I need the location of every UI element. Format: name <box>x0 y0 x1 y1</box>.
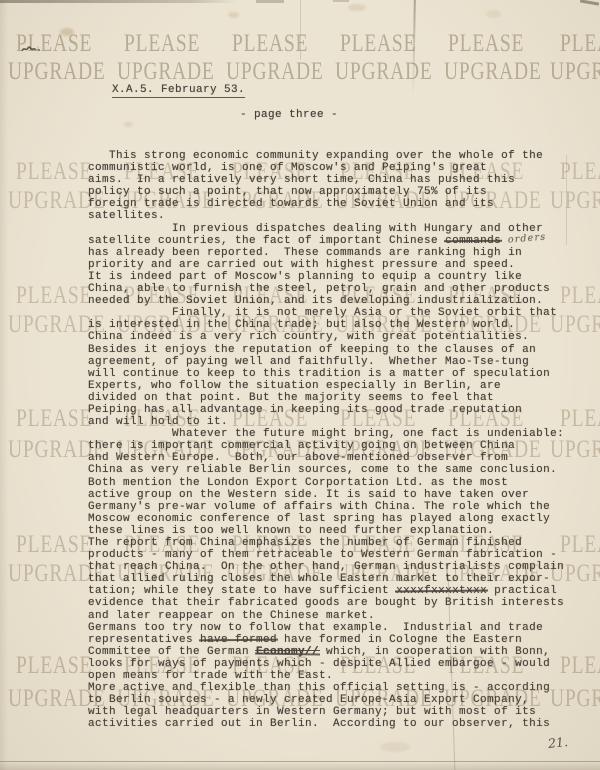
paragraph-5: Germans too try now to follow that examp… <box>88 622 588 682</box>
paragraph-5-line-1: Germans too try now to follow that examp… <box>88 622 588 634</box>
watermark-word: PLEASE <box>340 30 416 58</box>
handwritten-correction: orders <box>507 231 547 246</box>
watermark-word: PLEASE <box>16 531 92 559</box>
paragraph-5-rest: looks for ways of payments which - despi… <box>88 658 588 682</box>
paragraph-4-part-a: Whatever the future might bring, one fac… <box>88 428 588 585</box>
strikethrough-word: xxxxfxxxxtxxx <box>396 585 487 597</box>
line-text: satellite countries, the fact of importa… <box>88 235 445 247</box>
paragraph-5-line-2: representatives have formed have formed … <box>88 634 588 646</box>
watermark-word: PLEASE <box>124 30 200 58</box>
paragraph-2-rest: has already been reported. These command… <box>88 247 588 307</box>
watermark-word: PLEASE <box>16 405 92 433</box>
paragraph-4: Whatever the future might bring, one fac… <box>88 428 588 622</box>
watermark-word: UPGRADE <box>550 58 600 86</box>
document-body: This strong economic community expanding… <box>88 150 588 731</box>
handwritten-page-number: 21. <box>547 734 568 751</box>
watermark-word: PLEASE <box>16 282 92 310</box>
paragraph-4-part-b: evidence that their fabricated goods are… <box>88 597 588 621</box>
paragraph-1: This strong economic community expanding… <box>88 150 588 223</box>
watermark-word: UPGRADE <box>117 58 215 86</box>
watermark-word: PLEASE <box>560 30 600 58</box>
line-text: tation; while they state to have suffici… <box>88 585 396 597</box>
strikethrough-word: have formed <box>200 634 277 646</box>
paragraph-3: Finally, it is not merely Asia or the So… <box>88 307 588 428</box>
document-reference: X.A.5. February 53. <box>112 84 245 98</box>
watermark-word: PLEASE <box>16 158 92 186</box>
pencil-scribble <box>20 42 48 56</box>
watermark-word: PLEASE <box>448 30 524 58</box>
paragraph-2: In previous dispatches dealing with Hung… <box>88 223 588 308</box>
page-label: - page three - <box>240 109 338 121</box>
watermark-word: UPGRADE <box>226 58 324 86</box>
overstruck-word: Economy// <box>256 646 319 658</box>
watermark-word: PLEASE <box>16 652 92 680</box>
paragraph-5-line-3: Committee of the German Economy// which,… <box>88 646 588 658</box>
watermark-word: UPGRADE <box>444 58 542 86</box>
paragraph-4-struck-line: tation; while they state to have suffici… <box>88 585 588 597</box>
line-text: have formed in Cologne the Eastern <box>277 634 522 646</box>
line-text: which, in cooperation with Bonn, <box>319 646 550 658</box>
line-text: Committee of the German <box>88 646 256 658</box>
paragraph-2-line-2: satellite countries, the fact of importa… <box>88 235 588 247</box>
watermark-word: UPGRADE <box>335 58 433 86</box>
strikethrough-word: commands <box>445 235 501 247</box>
scanned-page: PLEASEPLEASEPLEASEPLEASEPLEASEPLEASEUPGR… <box>0 0 600 770</box>
paragraph-6: More active and flexible than this offic… <box>88 682 588 730</box>
line-text: practical <box>487 585 557 597</box>
paragraph-2-line-1: In previous dispatches dealing with Hung… <box>88 223 588 235</box>
watermark-word: PLEASE <box>232 30 308 58</box>
watermark-word: UPGRADE <box>8 58 106 86</box>
line-text: representatives <box>88 634 200 646</box>
